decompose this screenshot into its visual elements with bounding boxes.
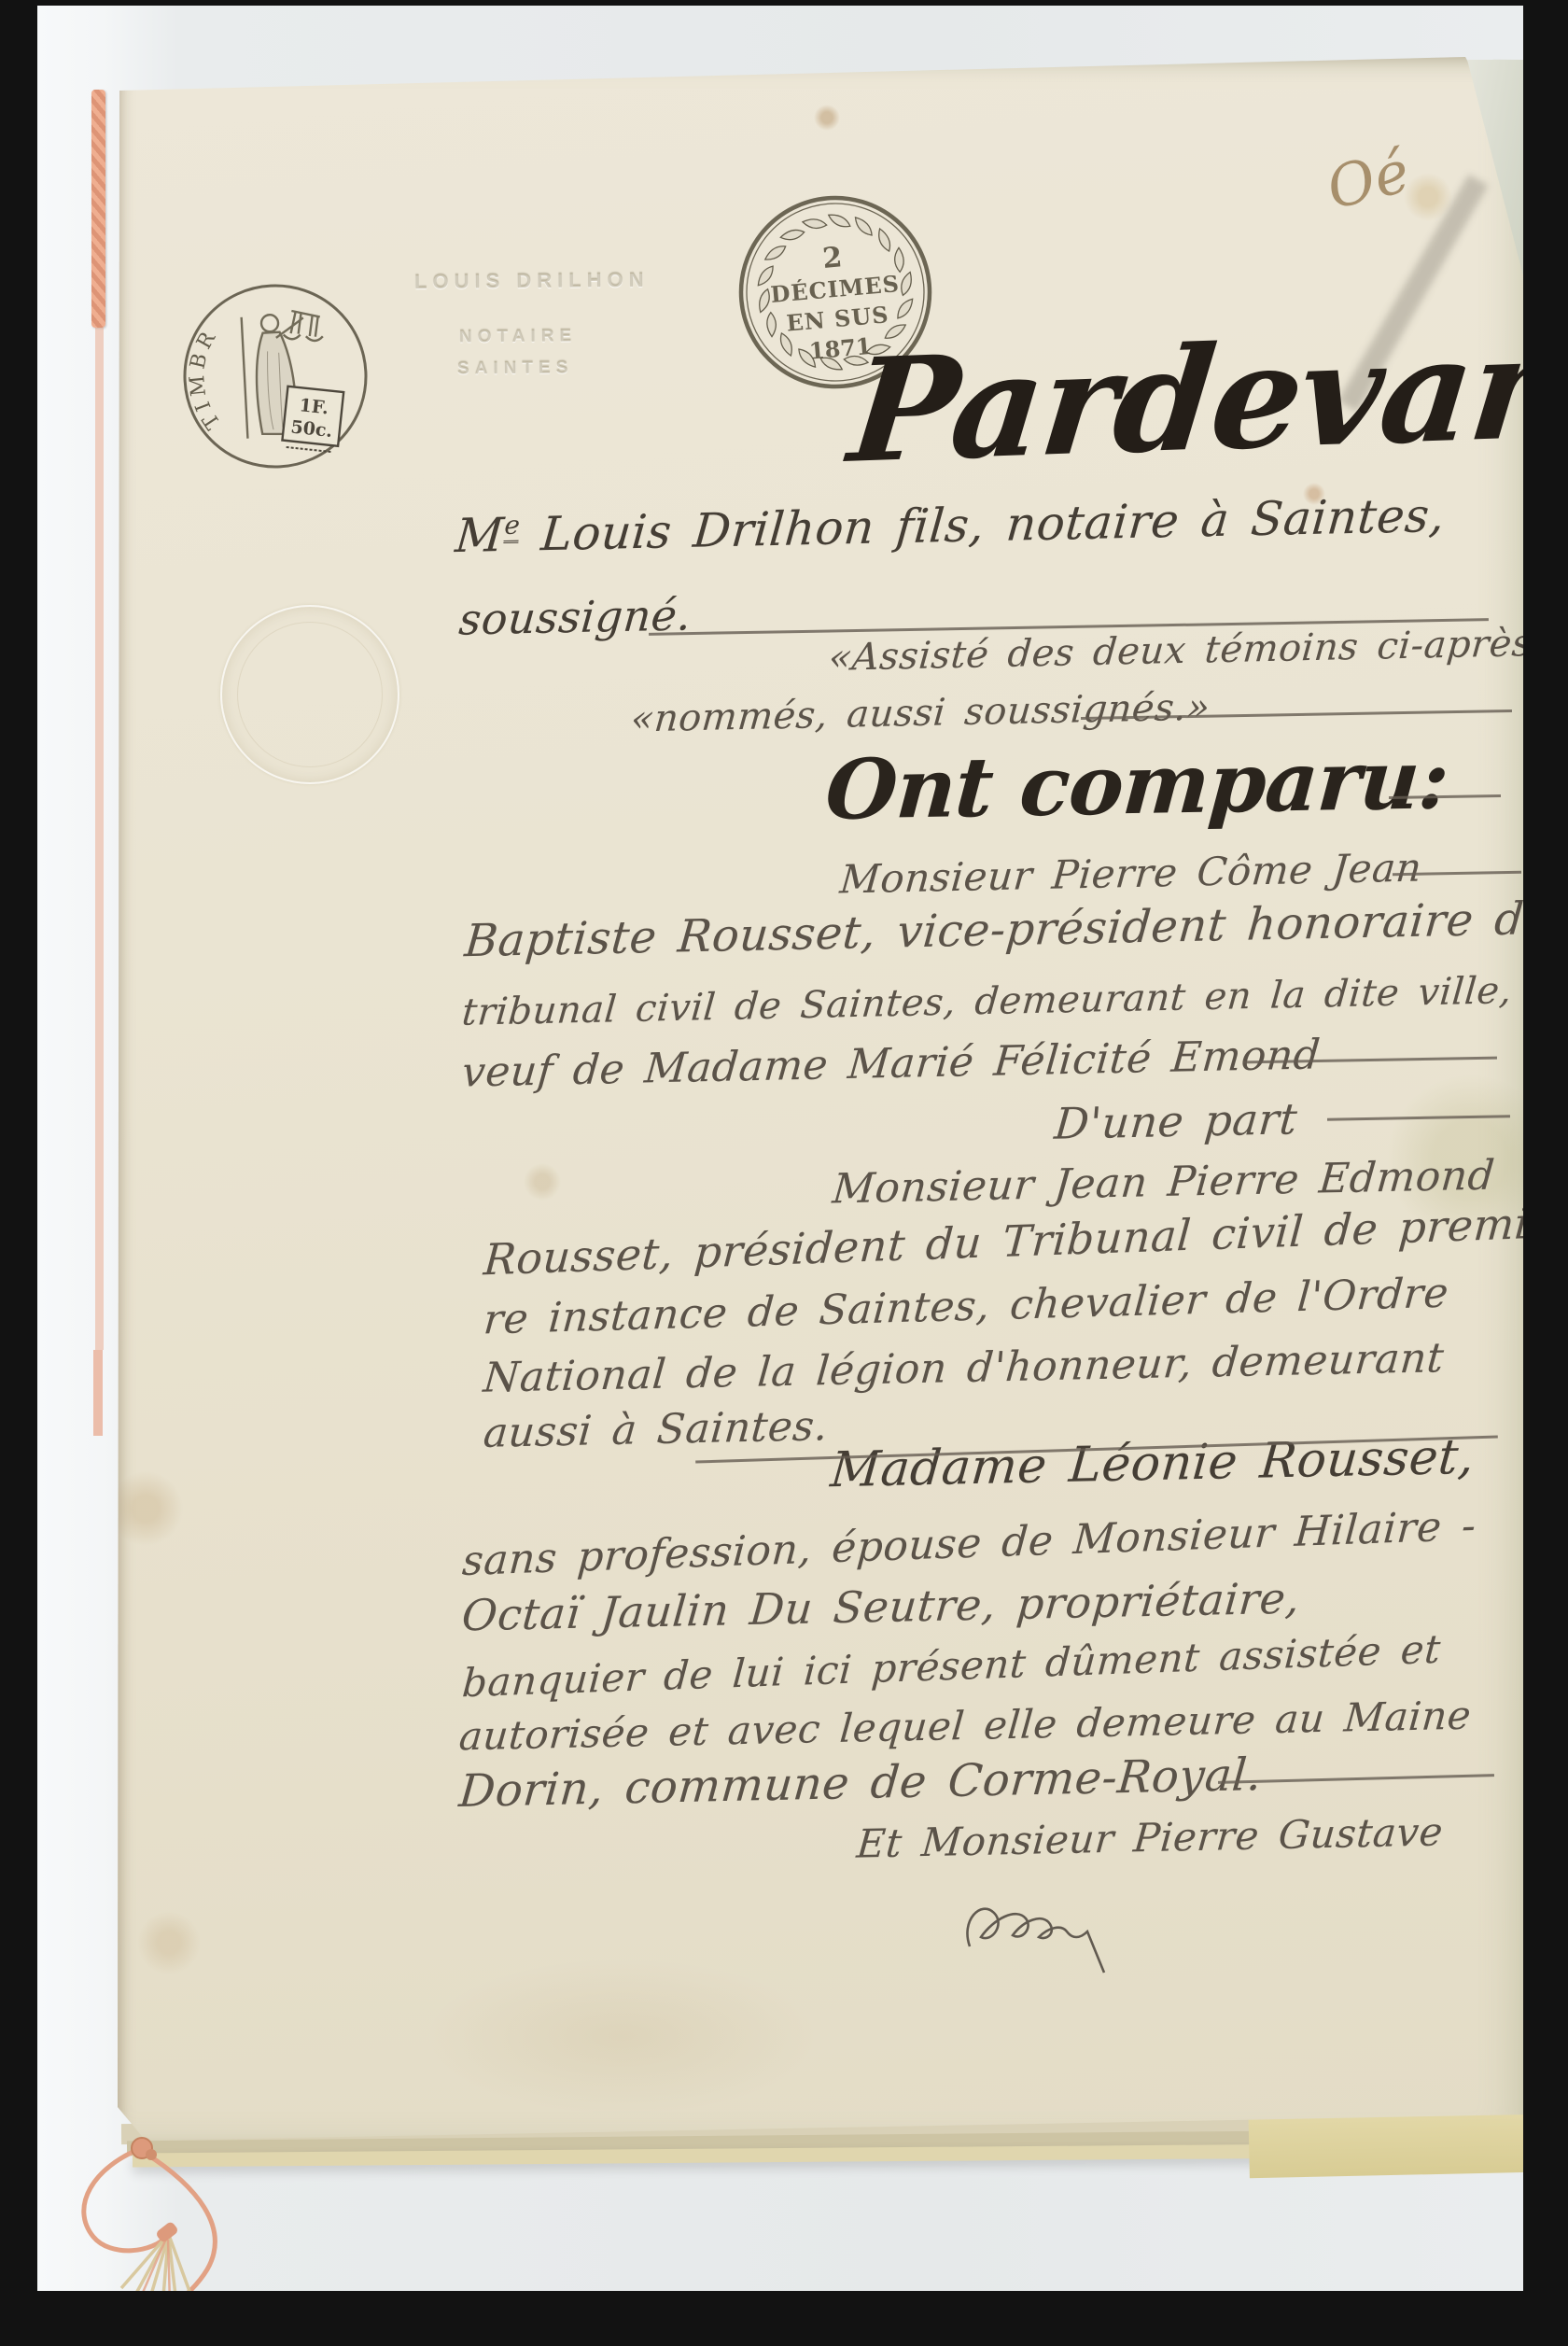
paraph-signature: [957, 1887, 1134, 1998]
embossed-notary-name: LOUIS DRILHON: [414, 268, 650, 294]
binding-ribbon-lower: [93, 1350, 103, 1436]
timbre-denomination-box: 1F. 50c.: [282, 386, 343, 453]
timbre-revenue-stamp: TIMBRE: [171, 272, 381, 482]
timbre-stamp-graphic: TIMBRE: [171, 272, 381, 482]
photo-frame: LOUIS DRILHON NOTAIRE SAINTES TIMBRE: [0, 0, 1568, 2346]
honorific: M: [454, 508, 507, 563]
binding-cord-tassel: [56, 2097, 355, 2291]
photo-backdrop: LOUIS DRILHON NOTAIRE SAINTES TIMBRE: [37, 6, 1523, 2291]
timbre-value-bottom: 50c.: [290, 416, 334, 442]
embossed-notary-title: NOTAIRE: [459, 326, 577, 347]
binding-ribbon-middle: [95, 328, 104, 1350]
document-title: Pardevant: [843, 300, 1523, 495]
manuscript-line: aussi à Saintes.: [482, 1402, 830, 1457]
embossed-seal: [220, 605, 399, 784]
manuscript-line: soussigné.: [457, 589, 693, 644]
comparution-heading: Ont comparu:: [822, 730, 1451, 838]
timbre-value-top: 1F.: [299, 395, 330, 418]
timbre-arc-text: TIMBRE: [171, 272, 228, 435]
embossed-notary-city: SAINTES: [457, 358, 574, 379]
binding-ribbon-top: [91, 90, 105, 328]
decimes-value: 2: [821, 241, 844, 275]
manuscript-line: D'une part: [1053, 1093, 1299, 1149]
